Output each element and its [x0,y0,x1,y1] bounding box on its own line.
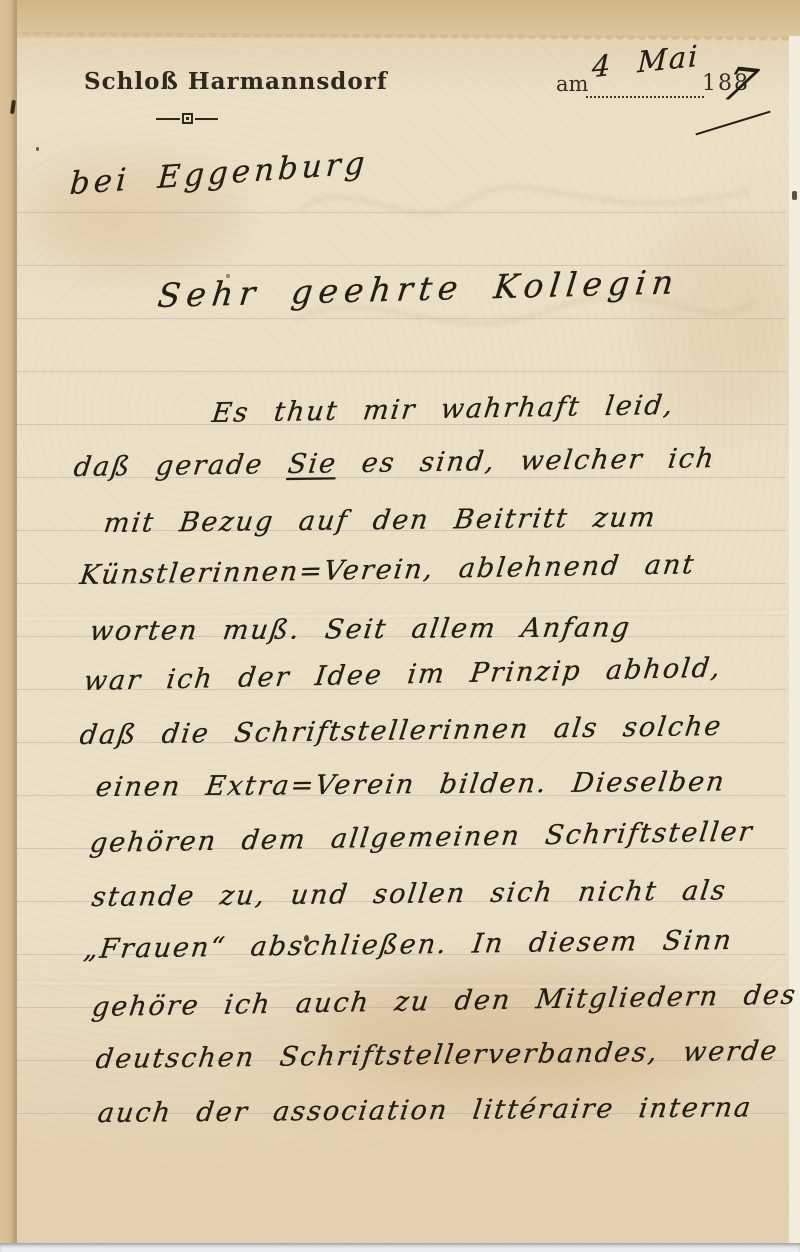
letterhead-estate-name: Schloß Harmannsdorf [84,68,388,95]
ornament-dot [186,117,189,120]
date-prefix-printed: am [556,72,588,96]
ornament-line [156,118,180,120]
scanner-background [0,1243,800,1252]
body-line-text: es sind, welcher ich [335,443,717,479]
body-line: worten muß. Seit allem Anfang [88,612,633,647]
ornament-square [182,113,193,124]
letterhead-ornament [156,112,218,125]
body-line: einen Extra=Verein bilden. Dieselben [94,766,728,803]
body-line: mit Bezug auf den Beitritt zum [102,502,659,539]
paper-fold-edge [0,0,17,1243]
body-line: auch der association littéraire interna [96,1092,754,1129]
body-line-text: daß gerade [72,449,290,483]
emphasized-word: Sie [286,448,339,480]
paper-right-edge [789,36,800,1243]
ornament-line [195,118,219,120]
letter-scan: Schloß Harmannsdorf am 188 4 Mai 7 bei E… [0,0,800,1252]
